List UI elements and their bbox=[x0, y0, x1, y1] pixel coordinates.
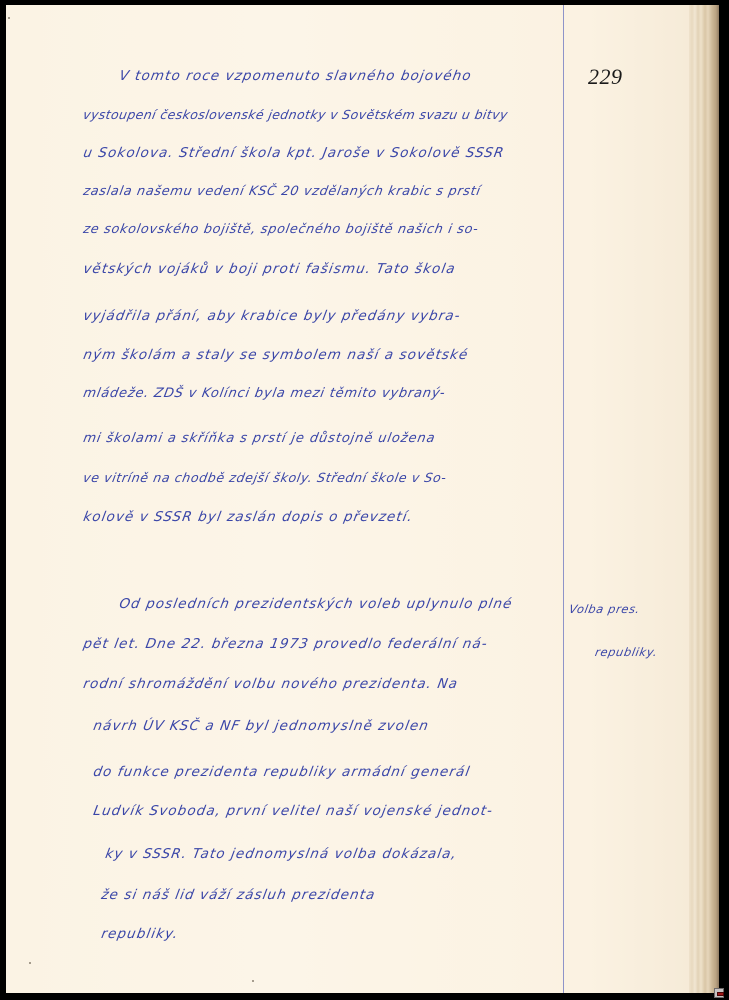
text-line: ze sokolovského bojiště, společného boji… bbox=[82, 222, 480, 237]
paper-speck bbox=[29, 962, 31, 964]
text-line: republiky. bbox=[100, 926, 180, 942]
text-line: mládeže. ZDŠ v Kolínci byla mezi těmito … bbox=[82, 386, 447, 401]
margin-line bbox=[563, 5, 564, 993]
text-line: vystoupení československé jednotky v Sov… bbox=[82, 107, 509, 122]
text-line: u Sokolova. Střední škola kpt. Jaroše v … bbox=[82, 145, 506, 161]
margin-note-line: republiky. bbox=[594, 645, 659, 659]
text-line: kolově v SSSR byl zaslán dopis o převzet… bbox=[82, 509, 414, 525]
text-line: pět let. Dne 22. března 1973 provedlo fe… bbox=[82, 636, 489, 652]
minimize-icon[interactable] bbox=[714, 988, 724, 998]
text-line: ky v SSSR. Tato jednomyslná volba dokáza… bbox=[104, 846, 458, 862]
text-line: rodní shromáždění volbu nového prezident… bbox=[82, 676, 460, 692]
text-line: větských vojáků v boji proti fašismu. Ta… bbox=[82, 261, 457, 277]
book-page-edges bbox=[689, 5, 719, 993]
paper-speck bbox=[252, 980, 254, 982]
text-line: Od posledních prezidentských voleb uplyn… bbox=[118, 596, 514, 612]
paper-speck bbox=[8, 17, 10, 19]
margin-note-line: Volba pres. bbox=[568, 602, 641, 616]
text-line: do funkce prezidenta republiky armádní g… bbox=[92, 764, 472, 780]
text-line: že si náš lid váží zásluh prezidenta bbox=[100, 887, 377, 903]
page-number: 229 bbox=[588, 64, 623, 90]
text-line: návrh ÚV KSČ a NF byl jednomyslně zvolen bbox=[92, 718, 430, 734]
text-line: mi školami a skříňka s prstí je důstojně… bbox=[82, 431, 437, 446]
text-line: vyjádřila přání, aby krabice byly předán… bbox=[82, 308, 462, 324]
text-line: V tomto roce vzpomenuto slavného bojovéh… bbox=[118, 68, 473, 84]
text-line: ným školám a staly se symbolem naší a so… bbox=[82, 347, 470, 363]
text-line: ve vitríně na chodbě zdejší školy. Střed… bbox=[82, 470, 448, 485]
text-line: Ludvík Svoboda, první velitel naší vojen… bbox=[92, 803, 494, 819]
text-line: zaslala našemu vedení KSČ 20 vzdělaných … bbox=[82, 184, 482, 199]
